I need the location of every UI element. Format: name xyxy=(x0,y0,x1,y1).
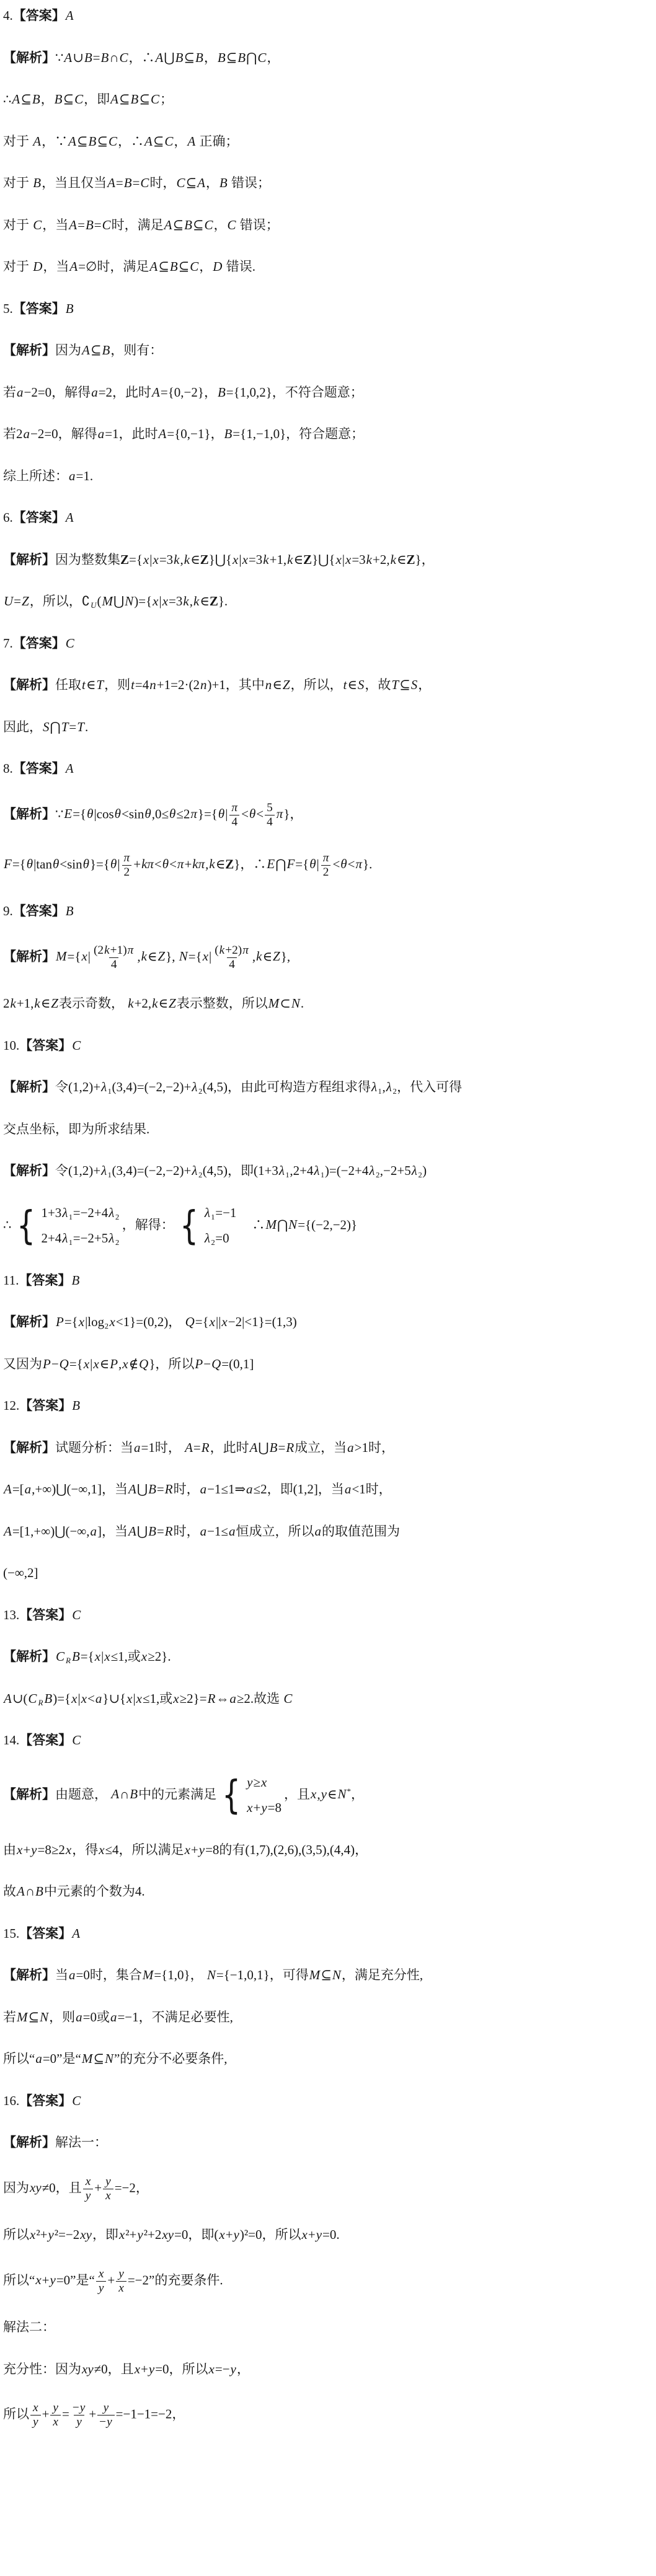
explanation-line: 交点坐标，即为所求结果. xyxy=(3,1120,651,1140)
bold-label: Z xyxy=(120,552,129,567)
fraction: −yy xyxy=(71,2401,87,2429)
answer-line: 6.【答案】A xyxy=(3,508,651,528)
explanation-line: 【解析】P={x|log₂x<1}=(0,2)， Q={x||x−2|<1}=(… xyxy=(3,1312,651,1332)
bold-label: 【答案】 xyxy=(13,903,65,918)
fraction: (k+2)π4 xyxy=(213,944,251,972)
bold-label: 【解析】 xyxy=(3,1787,55,1801)
answer-line: 10.【答案】C xyxy=(3,1036,651,1056)
explanation-line: 【解析】解法一： xyxy=(3,2133,651,2153)
bold-label: 【解析】 xyxy=(3,1440,55,1455)
explanation-line: 对于 A，∵A⊆B⊆C，∴A⊆C，A 正确； xyxy=(3,132,651,152)
equation-system: {1+3λ₁=−2+4λ₂2+4λ₁=−2+5λ₂ xyxy=(14,1203,119,1249)
explanation-line: 若2a−2=0，解得a=1，此时A={0,−1}，B={1,−1,0}，符合题意… xyxy=(3,424,651,444)
explanation-line: 【解析】令(1,2)+λ₁(3,4)=(−2,−2)+λ₂(4,5)，即(1+3… xyxy=(3,1161,651,1181)
fraction: xy xyxy=(96,2267,107,2295)
explanation-line: 由x+y=8≥2x，得x≤4，所以满足x+y=8的有(1,7),(2,6),(3… xyxy=(3,1840,651,1860)
bold-label: 【答案】 xyxy=(13,8,65,23)
bold-label: Z xyxy=(210,594,218,609)
bold-label: 【答案】 xyxy=(13,301,65,316)
answer-line: 4.【答案】A xyxy=(3,6,651,26)
answer-line: 12.【答案】B xyxy=(3,1396,651,1416)
bold-label: Z xyxy=(225,856,234,871)
bold-label: 【解析】 xyxy=(3,50,55,65)
bold-label: Z xyxy=(200,552,209,567)
explanation-line: 因为xy≠0，且xy+yx=−2， xyxy=(3,2175,651,2203)
explanation-line: 【解析】令(1,2)+λ₁(3,4)=(−2,−2)+λ₂(4,5)，由此可构造… xyxy=(3,1078,651,1097)
bold-label: 【答案】 xyxy=(19,1273,71,1288)
explanation-line: 【解析】因为整数集Z={x|x=3k,k∈Z}⋃{x|x=3k+1,k∈Z}⋃{… xyxy=(3,550,651,570)
answer-line: 11.【答案】B xyxy=(3,1271,651,1291)
explanation-line: 因此，S⋂T=T. xyxy=(3,718,651,737)
answer-key-document: 4.【答案】A【解析】∵A∪B=B∩C，∴A⋃B⊆B，B⊆B⋂C，∴A⊆B，B⊆… xyxy=(0,0,656,2489)
explanation-line: U=Z，所以，∁U(M⋃N)={x|x=3k,k∈Z}. xyxy=(3,592,651,612)
answer-line: 14.【答案】C xyxy=(3,1731,651,1751)
bold-label: 【解析】 xyxy=(3,949,55,964)
bold-label: 【解析】 xyxy=(3,2135,55,2150)
explanation-line: A∪(CRB)={x|x<a}∪{x|x≤1,或x≥2}=R⇔a≥2.故选 C xyxy=(3,1689,651,1709)
fraction: y−y xyxy=(97,2401,114,2429)
answer-line: 7.【答案】C xyxy=(3,634,651,654)
bold-label: 【解析】 xyxy=(3,1079,55,1094)
explanation-line: 解法二： xyxy=(3,2318,651,2337)
answer-line: 5.【答案】B xyxy=(3,299,651,319)
explanation-line: 又因为P−Q={x|x∈P,x∉Q}，所以P−Q=(0,1] xyxy=(3,1355,651,1374)
explanation-line: 充分性：因为xy≠0，且x+y=0，所以x=−y， xyxy=(3,2360,651,2380)
left-brace: { xyxy=(17,1207,35,1244)
explanation-line: 【解析】∵A∪B=B∩C，∴A⋃B⊆B，B⊆B⋂C， xyxy=(3,48,651,68)
explanation-line: 综上所述：a=1. xyxy=(3,467,651,486)
explanation-line: 对于 B，当且仅当A=B=C时，C⊆A，B 错误； xyxy=(3,174,651,193)
bold-label: 【解析】 xyxy=(3,1967,55,1982)
explanation-line: 【解析】CRB={x|x≤1,或x≥2}. xyxy=(3,1647,651,1667)
explanation-line: A=[1,+∞)⋃(−∞,a]，当A⋃B=R时，a−1≤a恒成立，所以a的取值范… xyxy=(3,1522,651,1542)
fraction: yx xyxy=(103,2175,113,2203)
explanation-line: 所以xy+yx=−yy+y−y=−1−1=−2， xyxy=(3,2401,651,2429)
explanation-line: ∴{1+3λ₁=−2+4λ₂2+4λ₁=−2+5λ₂，解得：{λ₁=−1λ₂=0… xyxy=(3,1203,651,1249)
bold-label: 【解析】 xyxy=(3,806,55,821)
bold-label: 【答案】 xyxy=(19,1733,71,1747)
explanation-line: 所以“x+y=0”是“xy+yx=−2”的充要条件. xyxy=(3,2267,651,2295)
bold-label: 【答案】 xyxy=(13,761,65,776)
explanation-line: A=[a,+∞)⋃(−∞,1]，当A⋃B=R时，a−1≤1⇒a≤2，即(1,2]… xyxy=(3,1480,651,1500)
answer-line: 15.【答案】A xyxy=(3,1924,651,1944)
bold-label: 【答案】 xyxy=(19,2093,71,2108)
answer-line: 16.【答案】C xyxy=(3,2091,651,2111)
explanation-line: 【解析】试题分析：当a=1时， A=R，此时A⋃B=R成立，当a>1时， xyxy=(3,1438,651,1458)
bold-label: 【答案】 xyxy=(19,1038,71,1053)
fraction: (2k+1)π4 xyxy=(92,944,136,972)
bold-label: 【答案】 xyxy=(13,510,65,525)
bold-label: 【答案】 xyxy=(19,1607,71,1622)
bold-label: 【解析】 xyxy=(3,677,55,692)
fraction: yx xyxy=(116,2267,126,2295)
explanation-line: 所以x²+y²=−2xy，即x²+y²+2xy=0，即(x+y)²=0，所以x+… xyxy=(3,2225,651,2245)
equation-system: {y≥xx+y=8 xyxy=(219,1773,281,1818)
bold-label: 【解析】 xyxy=(3,552,55,567)
bold-label: 【答案】 xyxy=(19,1926,71,1941)
explanation-line: 若a−2=0，解得a=2，此时A={0,−2}，B={1,0,2}，不符合题意； xyxy=(3,383,651,403)
explanation-line: 2k+1,k∈Z表示奇数， k+2,k∈Z表示整数，所以M⊂N. xyxy=(3,994,651,1014)
bold-label: 【答案】 xyxy=(13,636,65,651)
bold-label: 【解析】 xyxy=(3,1314,55,1329)
bold-label: 【解析】 xyxy=(3,1649,55,1664)
answer-line: 8.【答案】A xyxy=(3,759,651,779)
bold-label: 【解析】 xyxy=(3,343,55,358)
answer-line: 9.【答案】B xyxy=(3,902,651,921)
equation-system: {λ₁=−1λ₂=0 xyxy=(177,1203,237,1249)
left-brace: { xyxy=(180,1207,198,1244)
bold-label: 【答案】 xyxy=(19,1398,71,1413)
explanation-line: ∴A⊆B，B⊆C，即A⊆B⊆C； xyxy=(3,90,651,110)
explanation-line: 对于 C，当A=B=C时，满足A⊆B⊆C，C 错误； xyxy=(3,216,651,235)
bold-label: Z xyxy=(303,552,312,567)
fraction: xy xyxy=(30,2401,41,2429)
fraction: 54 xyxy=(265,801,275,829)
answer-line: 13.【答案】C xyxy=(3,1606,651,1625)
fraction: π2 xyxy=(122,851,133,879)
explanation-line: 若M⊆N，则a=0或a=−1，不满足必要性, xyxy=(3,2008,651,2028)
fraction: π4 xyxy=(229,801,240,829)
explanation-line: 【解析】M={x|(2k+1)π4,k∈Z}, N={x|(k+2)π4,k∈Z… xyxy=(3,944,651,972)
explanation-line: 故A∩B中元素的个数为4. xyxy=(3,1882,651,1902)
bold-label: Z xyxy=(406,552,415,567)
explanation-line: 【解析】∵E={θ|cosθ<sinθ,0≤θ≤2π}={θ|π4<θ<54π}… xyxy=(3,801,651,829)
fraction: π2 xyxy=(321,851,332,879)
explanation-line: 【解析】任取t∈T，则t=4n+1=2·(2n)+1，其中n∈Z，所以，t∈S，… xyxy=(3,675,651,695)
explanation-line: 【解析】当a=0时，集合M={1,0}， N={−1,0,1}，可得M⊆N，满足… xyxy=(3,1966,651,1985)
left-brace: { xyxy=(222,1777,241,1814)
explanation-line: 【解析】因为A⊆B，则有： xyxy=(3,341,651,361)
bold-label: 【解析】 xyxy=(3,1163,55,1178)
fraction: xy xyxy=(83,2175,94,2203)
fraction: yx xyxy=(50,2401,61,2429)
explanation-line: 所以“a=0”是“M⊆N”的充分不必要条件, xyxy=(3,2049,651,2069)
explanation-line: 【解析】由题意， A∩B中的元素满足{y≥xx+y=8，且x,y∈N*， xyxy=(3,1773,651,1818)
explanation-line: 对于 D，当A=∅时，满足A⊆B⊆C，D 错误. xyxy=(3,257,651,277)
explanation-line: F={θ|tanθ<sinθ}={θ|π2+kπ<θ<π+kπ,k∈Z}，∴E⋂… xyxy=(3,851,651,879)
explanation-line: (−∞,2] xyxy=(3,1563,651,1583)
